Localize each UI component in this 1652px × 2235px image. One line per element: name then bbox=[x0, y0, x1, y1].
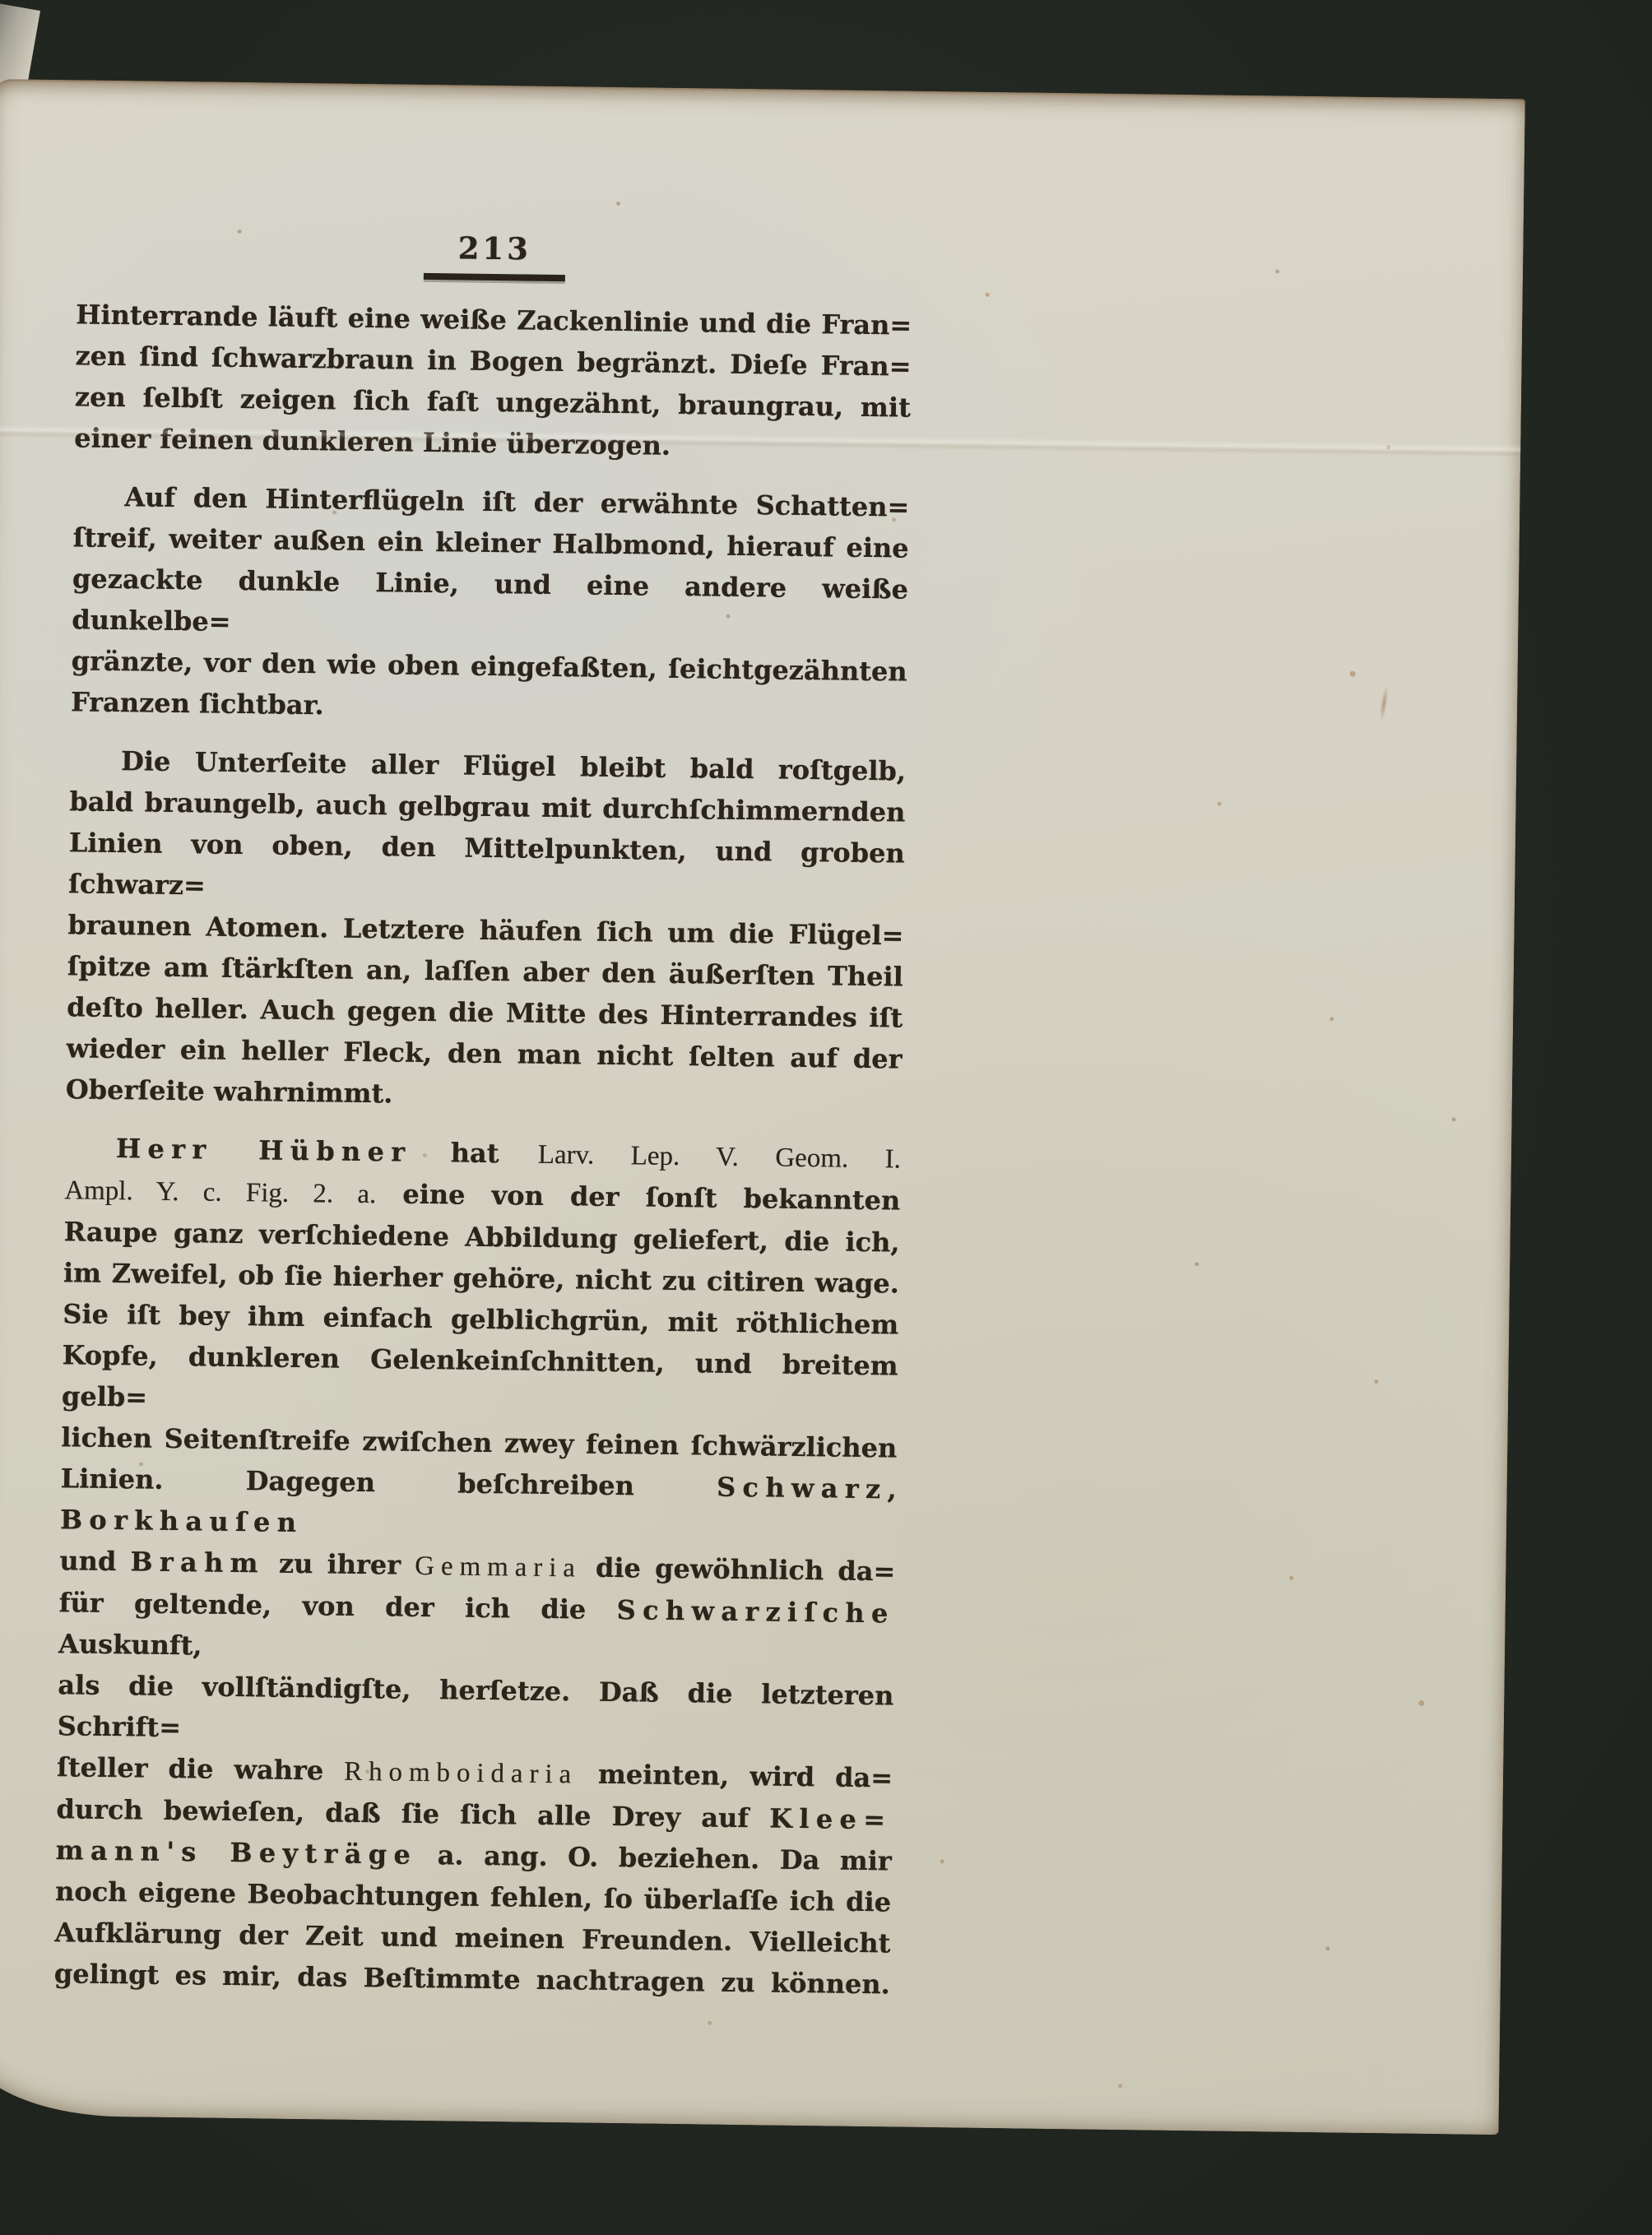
paragraph: Hinterrande läuft eine weiße Zackenlinie… bbox=[74, 294, 912, 469]
person-name: Schwarz bbox=[717, 1472, 888, 1505]
text-line: Linien. Dagegen beſchreiben Schwarz, Bor… bbox=[60, 1458, 897, 1551]
text-line: für geltende, von der ich die Schwarziſc… bbox=[58, 1582, 895, 1675]
text-segment: hat bbox=[411, 1137, 538, 1170]
text-segment: und bbox=[59, 1545, 131, 1577]
text-segment: die gewöhnlich da= bbox=[582, 1552, 896, 1588]
person-name: Klee= bbox=[769, 1803, 893, 1836]
person-name: Borkhauſen bbox=[60, 1504, 304, 1538]
species-name: Rhomboidaria bbox=[344, 1757, 578, 1790]
scan-backdrop: 213 Hinterrande läuft eine weiße Zackenl… bbox=[0, 0, 1652, 2235]
text-line: Linien von oben, den Mittelpunkten, und … bbox=[68, 822, 905, 915]
text-segment: , bbox=[887, 1473, 897, 1505]
book-title: mann's Beyträge bbox=[56, 1834, 418, 1871]
text-line: als die vollſtändigſte, herſetze. Daß di… bbox=[57, 1664, 893, 1757]
text-segment: eine von der ſonſt bekannten bbox=[376, 1178, 900, 1216]
paragraph: Die Unterſeite aller Flügel bleibt bald … bbox=[66, 740, 907, 1120]
citation: Ampl. Y. c. Fig. 2. a. bbox=[64, 1175, 376, 1209]
species-name: Gemmaria bbox=[415, 1551, 582, 1584]
page-number-rule bbox=[424, 273, 565, 281]
text-segment: für geltende, von der ich die bbox=[59, 1587, 617, 1625]
text-segment: meinten, wird da= bbox=[578, 1758, 893, 1793]
text-block: Hinterrande läuft eine weiße Zackenlinie… bbox=[54, 294, 912, 2005]
page-number: 213 bbox=[77, 225, 912, 271]
book-page: 213 Hinterrande läuft eine weiße Zackenl… bbox=[0, 79, 1525, 2135]
paragraph: Auf den Hinterflügeln iſt der erwähnte S… bbox=[71, 475, 910, 733]
text-line: gezackte dunkle Linie, und eine andere w… bbox=[72, 558, 908, 651]
rust-stain bbox=[1376, 679, 1392, 728]
text-line: Kopfe, dunkleren Gelenkeinſchnitten, und… bbox=[62, 1334, 898, 1427]
person-name: Herr Hübner bbox=[116, 1133, 412, 1168]
text-segment: zu ihrer bbox=[265, 1547, 415, 1580]
text-segment: ſteller die wahre bbox=[57, 1751, 345, 1787]
paragraph: Herr Hübner hat Larv. Lep. V. Geom. I. A… bbox=[54, 1127, 902, 2005]
text-segment: a. ang. O. beziehen. Da mir bbox=[417, 1839, 892, 1877]
citation: Larv. Lep. V. Geom. I. bbox=[538, 1140, 901, 1175]
person-name: Brahm bbox=[130, 1546, 265, 1579]
text-segment: durch bewieſen, daß ſie ſich alle Drey a… bbox=[56, 1793, 769, 1834]
page-header: 213 bbox=[77, 225, 913, 285]
person-name: Schwarziſche bbox=[616, 1594, 895, 1629]
text-segment: Auskunft, bbox=[58, 1628, 202, 1661]
text-segment: Linien. Dagegen beſchreiben bbox=[60, 1463, 717, 1502]
